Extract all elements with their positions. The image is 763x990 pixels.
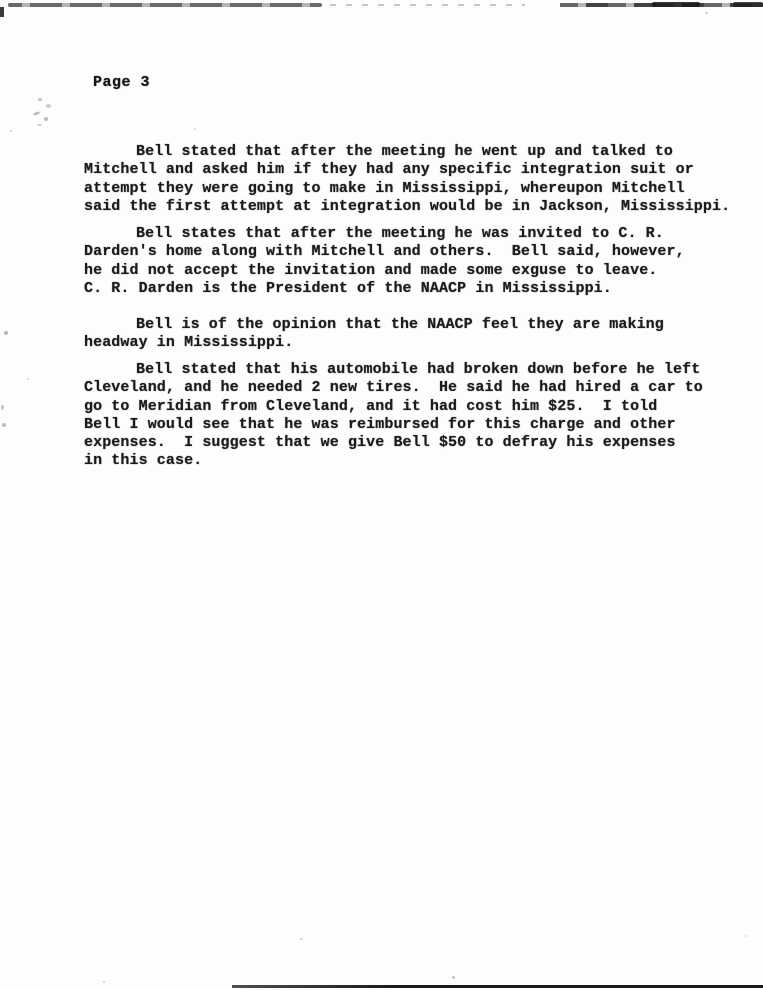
scan-streak-top-right (560, 3, 763, 7)
scan-speck (4, 331, 8, 335)
text-line: Bell stated that his automobile had brok… (84, 361, 744, 379)
scan-speck (2, 423, 6, 427)
paragraph-3: Bell is of the opinion that the NAACP fe… (84, 316, 744, 353)
scan-speck (27, 378, 29, 380)
text-line: go to Meridian from Cleveland, and it ha… (84, 398, 744, 416)
scan-streak-dark-blob (733, 2, 763, 7)
scan-line-bottom (232, 985, 763, 988)
scan-edge-mark (0, 7, 4, 17)
scan-streak-top-left (8, 3, 322, 7)
scan-speck (705, 12, 708, 14)
text-line: Darden's home along with Mitchell and ot… (84, 243, 744, 261)
ink-smudge (44, 117, 48, 121)
text-line: Bell is of the opinion that the NAACP fe… (84, 316, 744, 334)
ink-smudge (38, 98, 42, 101)
text-line: headway in Mississippi. (84, 334, 744, 352)
scan-speck (745, 935, 747, 937)
paragraph-4: Bell stated that his automobile had brok… (84, 361, 744, 471)
ink-smudge (33, 111, 41, 116)
text-line: in this case. (84, 452, 744, 470)
scan-speck (452, 976, 455, 979)
scanned-document-page: Page 3 Bell stated that after the meetin… (0, 0, 763, 990)
scan-speck (103, 981, 105, 983)
text-line: Mitchell and asked him if they had any s… (84, 161, 744, 179)
text-line: attempt they were going to make in Missi… (84, 180, 744, 198)
text-line: Bell I would see that he was reimbursed … (84, 416, 744, 434)
text-line: C. R. Darden is the President of the NAA… (84, 280, 744, 298)
paragraph-1: Bell stated that after the meeting he we… (84, 143, 744, 216)
scan-speck (194, 128, 196, 130)
page-number: Page 3 (93, 74, 150, 91)
ink-smudge (37, 124, 42, 126)
text-line: Bell stated that after the meeting he we… (84, 143, 744, 161)
scan-streak-dark-blob (652, 2, 700, 7)
text-line: Cleveland, and he needed 2 new tires. He… (84, 379, 744, 397)
ink-smudge (46, 104, 51, 108)
scan-speck (300, 938, 303, 940)
text-line: Bell states that after the meeting he wa… (84, 225, 744, 243)
text-line: expenses. I suggest that we give Bell $5… (84, 434, 744, 452)
scan-speck (1, 405, 4, 410)
text-line: said the first attempt at integration wo… (84, 198, 744, 216)
scan-streak-top-middle (330, 4, 525, 6)
text-line: he did not accept the invitation and mad… (84, 262, 744, 280)
scan-speck (10, 130, 12, 132)
paragraph-2: Bell states that after the meeting he wa… (84, 225, 744, 298)
